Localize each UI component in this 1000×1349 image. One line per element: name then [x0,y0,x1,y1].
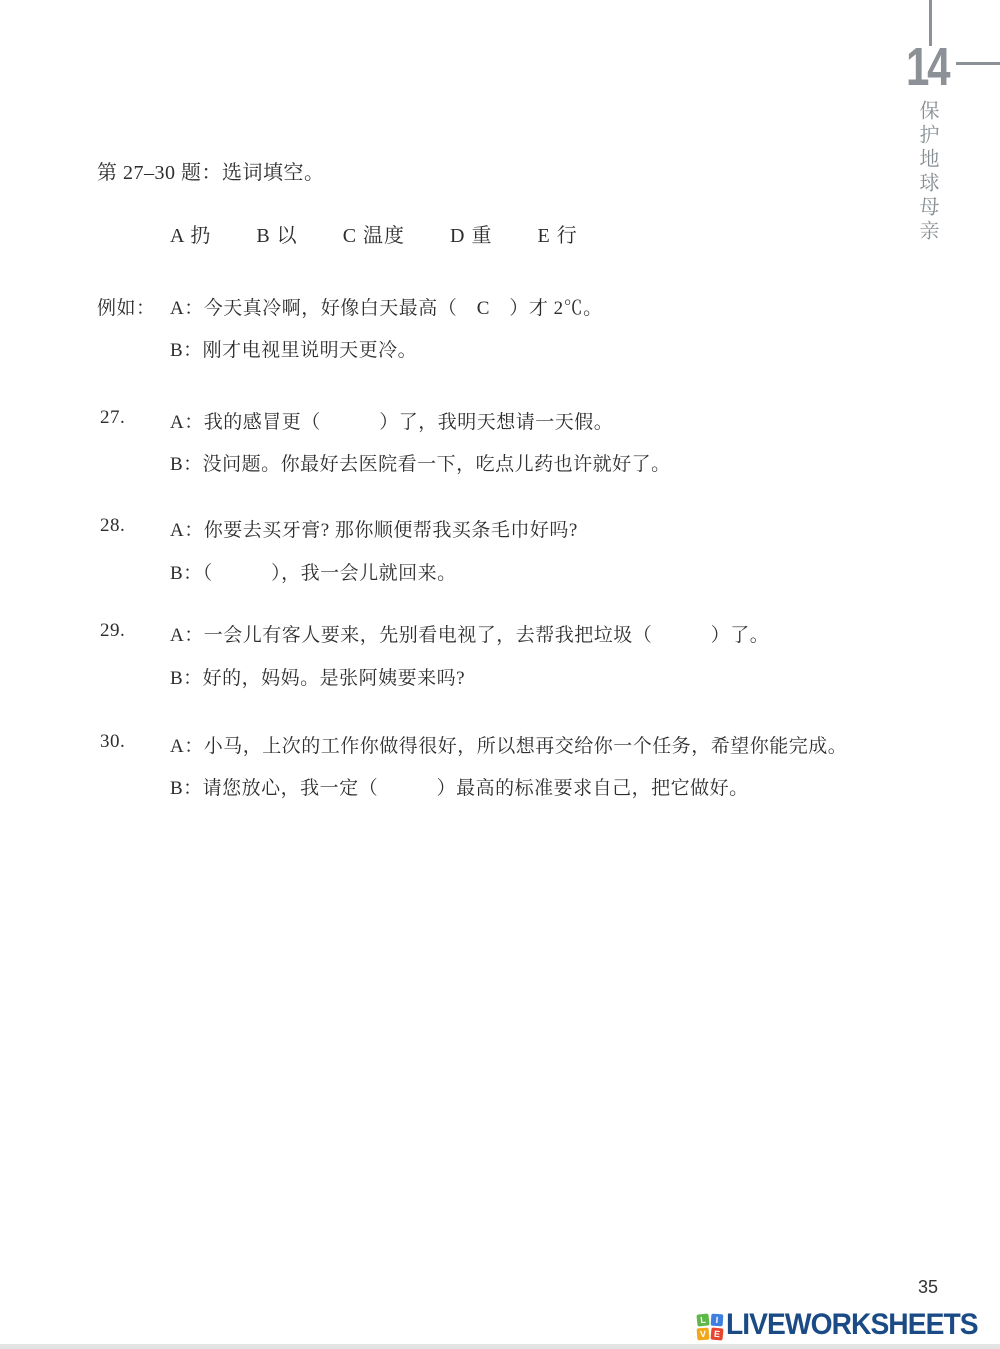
chapter-tab-horizontal-rule [956,62,1000,65]
unit-title-vertical: 保护地球母亲 [913,100,942,260]
word-bank-option: D 重 [450,219,492,248]
example-label: 例如： [97,293,156,320]
dialogue-line-a: A：一会儿有客人要来，先别看电视了，去帮我把垃圾（ ）了。 [170,620,769,647]
exercise-title: 第 27–30 题：选词填空。 [97,156,325,185]
dialogue-line-b: B：没问题。你最好去医院看一下，吃点儿药也许就好了。 [170,449,671,476]
word-bank-option: E 行 [537,219,577,248]
dialogue-line-b: B：请您放心，我一定（ ）最高的标准要求自己，把它做好。 [170,773,749,800]
unit-number: 14 [906,40,948,94]
example-line-a: A：今天真冷啊，好像白天最高（ C ）才 2℃。 [170,293,603,320]
worksheet-page: 14 保护地球母亲 第 27–30 题：选词填空。 A 扔 B 以 C 温度 D… [0,0,1000,1349]
question-number: 29. [100,620,125,642]
dialogue-line-a: A：我的感冒更（ ）了，我明天想请一天假。 [170,407,613,434]
word-bank-option: B 以 [256,219,297,248]
dialogue-line-b: B：（ ），我一会儿就回来。 [170,558,457,585]
logo-tile-yellow: V [697,1328,710,1341]
liveworksheets-logo-icon: L I V E [697,1314,723,1340]
example-line-b: B：刚才电视里说明天更冷。 [170,335,417,362]
dialogue-line-b: B：好的，妈妈。是张阿姨要来吗? [170,663,465,690]
question-number: 30. [100,731,125,753]
page-bottom-edge [0,1344,1000,1349]
liveworksheets-logo[interactable]: L I V E LIVEWORKSHEETS [697,1309,994,1341]
dialogue-line-a: A：你要去买牙膏? 那你顺便帮我买条毛巾好吗? [170,515,578,542]
logo-tile-red: E [710,1327,723,1340]
logo-tile-green: L [696,1313,709,1326]
word-bank-option: A 扔 [170,219,211,248]
page-number: 35 [918,1277,938,1298]
logo-tile-blue: I [711,1314,724,1327]
question-number: 28. [100,515,125,537]
dialogue-line-a: A：小马，上次的工作你做得很好，所以想再交给你一个任务，希望你能完成。 [170,731,847,758]
word-bank: A 扔 B 以 C 温度 D 重 E 行 [170,219,578,248]
word-bank-option: C 温度 [343,219,405,248]
liveworksheets-wordmark: LIVEWORKSHEETS [726,1309,978,1341]
question-number: 27. [100,407,125,429]
